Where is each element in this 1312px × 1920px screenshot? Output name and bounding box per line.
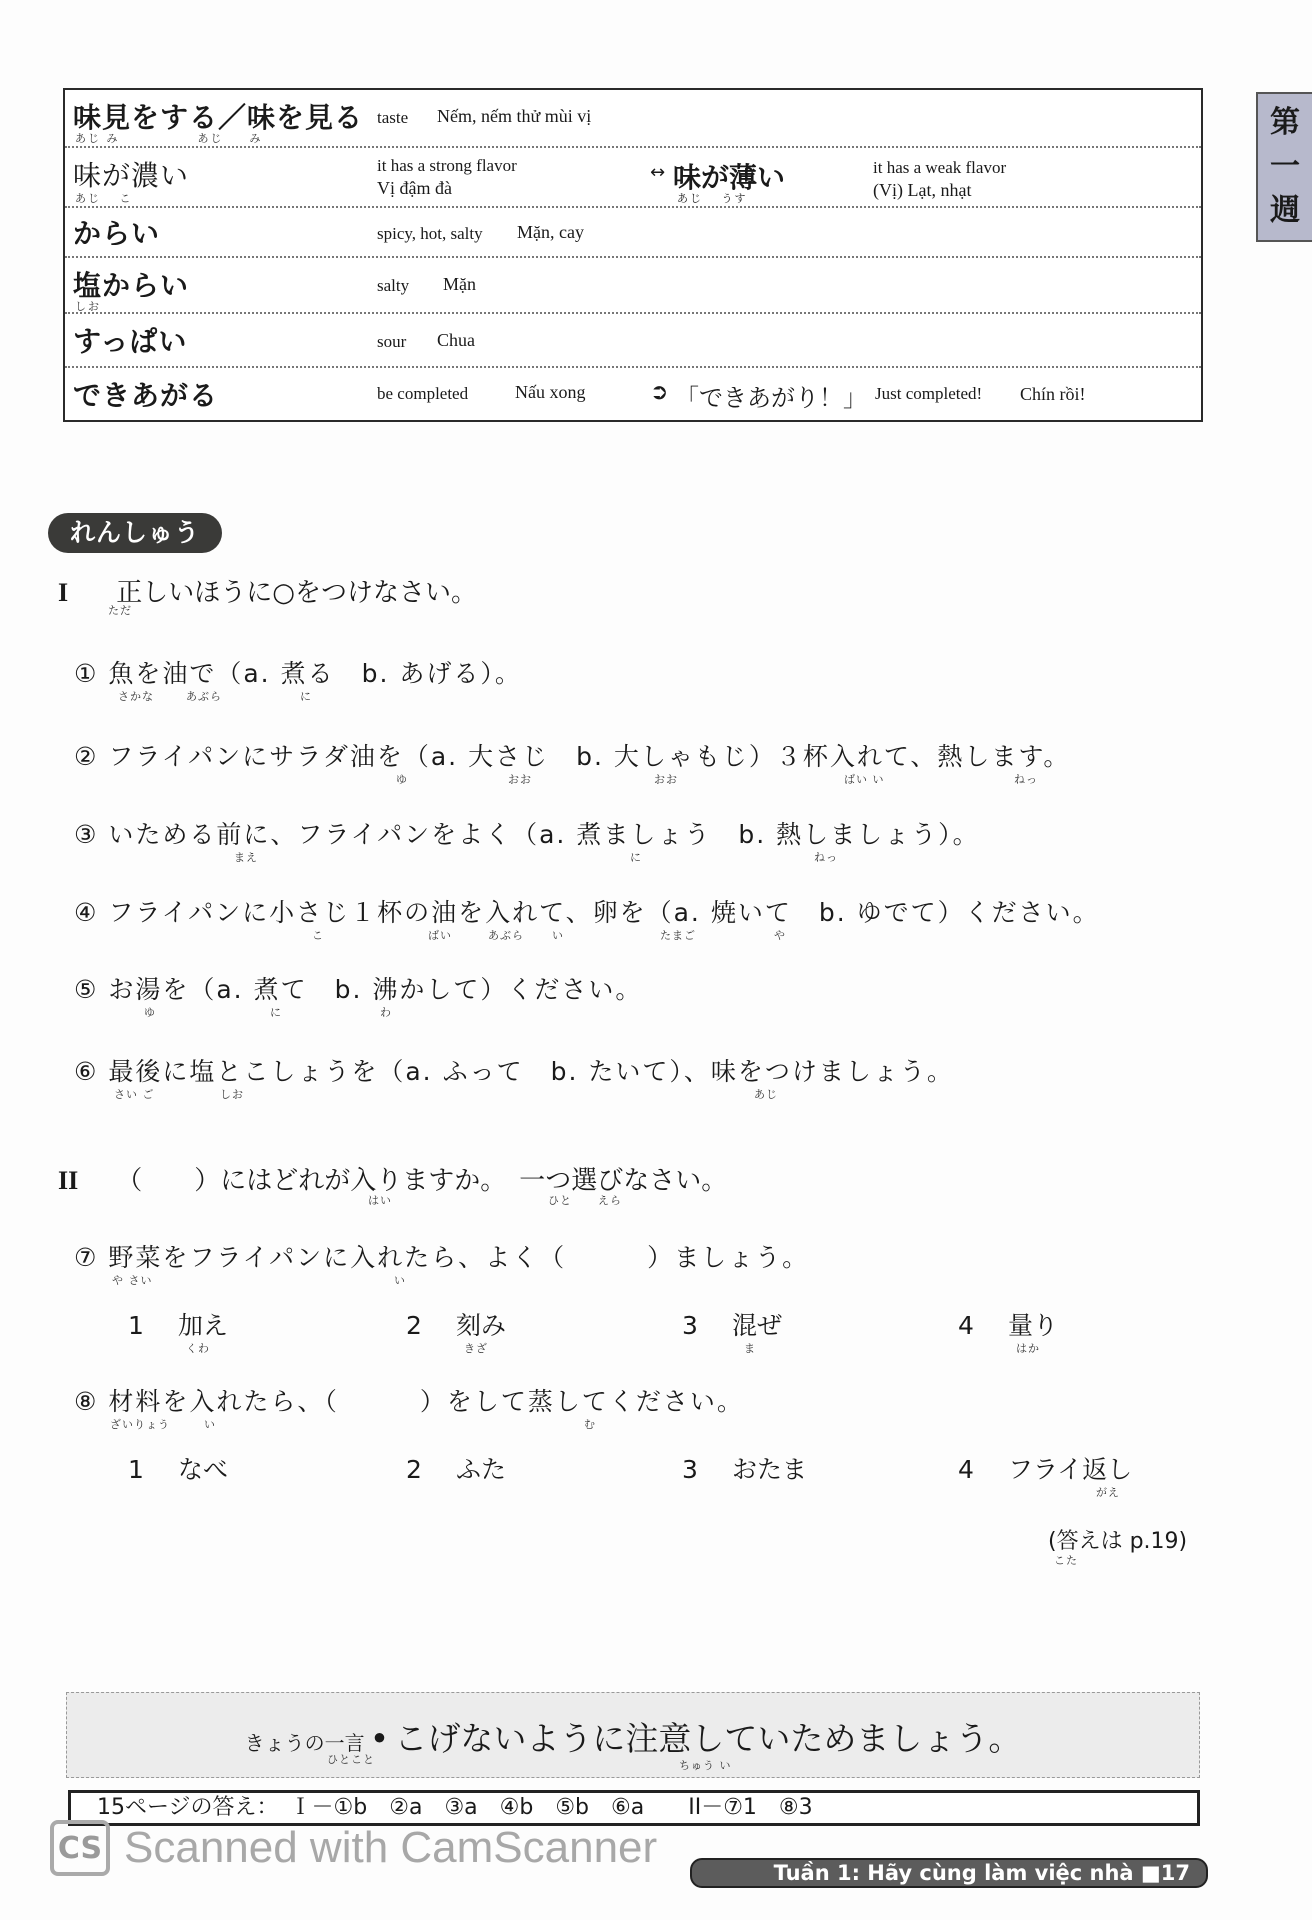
choice-label: おたま bbox=[732, 1455, 807, 1484]
choice-number: 4 bbox=[958, 1455, 1008, 1484]
section-number: I bbox=[58, 578, 108, 608]
choice-option[interactable]: 1加え くわ bbox=[128, 1306, 228, 1342]
choice-label: 混ぜ bbox=[732, 1311, 782, 1340]
question-text: ⑧ 材料を入れたら、（ ）をして蒸してください。 bbox=[74, 1387, 744, 1416]
practice-badge: れんしゅう bbox=[48, 513, 222, 553]
furigana: ゆ bbox=[396, 771, 408, 787]
vocab-row: 味が濃い あじ こ it has a strong flavor Vị đậm … bbox=[65, 148, 1201, 208]
question-text: ② フライパンにサラダ油を（a. 大さじ b. 大しゃもじ）３杯入れて、熱します… bbox=[74, 742, 1070, 771]
furigana: あじ bbox=[754, 1086, 778, 1102]
section-number: II bbox=[58, 1166, 108, 1196]
choice-label: ふた bbox=[456, 1455, 506, 1484]
furigana: に bbox=[270, 1004, 282, 1020]
antonym-furigana: あじ うす bbox=[677, 190, 748, 206]
choice-option[interactable]: 3おたま bbox=[682, 1450, 807, 1486]
furigana: ひとこと bbox=[327, 1751, 375, 1767]
vocab-vietnamese: Nấu xong bbox=[515, 382, 586, 403]
vocab-vietnamese: Mặn bbox=[443, 274, 476, 295]
furigana: に bbox=[630, 849, 642, 865]
furigana: ねっ bbox=[1014, 771, 1038, 787]
footer-chapter: Tuần 1: Hãy cùng làm việc nhà ■17 bbox=[690, 1858, 1208, 1888]
question-text: ③ いためる前に、フライパンをよく（a. 煮ましょう b. 熱しましょう）。 bbox=[74, 820, 980, 849]
question-text: ⑥ 最後に塩とこしょうを（a. ふって b. たいて）、味をつけましょう。 bbox=[74, 1057, 954, 1086]
vocab-english: spicy, hot, salty bbox=[377, 224, 483, 244]
choice-label: 加え bbox=[178, 1311, 228, 1340]
furigana: たまご bbox=[660, 927, 696, 943]
question-8: ⑧ 材料を入れたら、（ ）をして蒸してください。 ざいりょう い む bbox=[74, 1382, 744, 1418]
furigana: い bbox=[394, 1272, 406, 1288]
furigana: ざいりょう bbox=[110, 1416, 170, 1432]
furigana: ま bbox=[744, 1340, 756, 1356]
choice-label: フライ返し bbox=[1008, 1455, 1132, 1484]
furigana: む bbox=[584, 1416, 596, 1432]
furigana: えら bbox=[598, 1192, 622, 1208]
furigana: はい bbox=[368, 1192, 392, 1208]
phrase-of-the-day: きょうの一言 • こげないように注意していためましょう。 ひとこと ちゅう い bbox=[66, 1692, 1200, 1778]
choice-label: 刻み bbox=[456, 1311, 506, 1340]
furigana: おお bbox=[508, 771, 532, 787]
question-2: ② フライパンにサラダ油を（a. 大さじ b. 大しゃもじ）３杯入れて、熱します… bbox=[74, 737, 1070, 773]
week-tab: 第 一 週 bbox=[1256, 92, 1312, 242]
question-text: ① 魚を油で（a. 煮る b. あげる）。 bbox=[74, 659, 522, 688]
answer-reference-text: (答えは p.19) bbox=[1048, 1529, 1187, 1554]
furigana: きざ bbox=[464, 1340, 488, 1356]
vocab-row: からい spicy, hot, salty Mặn, cay bbox=[65, 208, 1201, 258]
furigana: や bbox=[774, 927, 786, 943]
section-1-heading: I 正しいほうに○をつけなさい。 ただ bbox=[58, 572, 477, 609]
answer-reference: (答えは p.19) こた bbox=[1048, 1524, 1187, 1555]
watermark-text: Scanned with CamScanner bbox=[124, 1823, 657, 1873]
vocab-vietnamese: Mặn, cay bbox=[517, 222, 584, 243]
choice-option[interactable]: 2刻み きざ bbox=[406, 1306, 506, 1342]
antonym-arrow-icon: ↔ bbox=[650, 162, 665, 183]
furigana: ちゅう い bbox=[679, 1757, 732, 1773]
section-instruction: 正しいほうに○をつけなさい。 bbox=[116, 578, 477, 608]
vocab-row: 塩からい しお salty Mặn bbox=[65, 258, 1201, 314]
vocab-english: be completed bbox=[377, 384, 468, 404]
question-5: ⑤ お湯を（a. 煮て b. 沸かして）ください。 ゆ に わ bbox=[74, 970, 642, 1006]
furigana: こ bbox=[312, 927, 324, 943]
choice-number: 3 bbox=[682, 1455, 732, 1484]
choice-label: 量り bbox=[1008, 1311, 1058, 1340]
choice-option[interactable]: 3混ぜ ま bbox=[682, 1306, 782, 1342]
vocab-english: taste bbox=[377, 108, 408, 128]
choice-option[interactable]: 2ふた bbox=[406, 1450, 506, 1486]
vocab-row: 味見をする／味を見る あじ み あじ み taste Nếm, nếm thử … bbox=[65, 90, 1201, 148]
furigana: に bbox=[300, 688, 312, 704]
camscanner-logo-icon: CS bbox=[50, 1820, 110, 1876]
vocab-vietnamese: Nếm, nếm thử mùi vị bbox=[437, 106, 591, 127]
furigana: ねっ bbox=[814, 849, 838, 865]
furigana: おお bbox=[654, 771, 678, 787]
phrase-text: こげないように注意していためましょう。 bbox=[394, 1719, 1021, 1758]
furigana: がえ bbox=[1096, 1484, 1120, 1500]
choice-number: 2 bbox=[406, 1311, 456, 1340]
vocab-word: 味が濃い bbox=[73, 154, 189, 194]
vocab-word: できあがる bbox=[73, 374, 218, 414]
vocab-furigana: あじ こ bbox=[75, 190, 133, 206]
reference-word: 「できあがり！」 bbox=[675, 378, 867, 413]
question-7: ⑦ 野菜をフライパンに入れたら、よく（ ）ましょう。 や さい い bbox=[74, 1238, 809, 1274]
furigana: ひと bbox=[548, 1192, 572, 1208]
vocab-english: it has a strong flavor bbox=[377, 156, 517, 176]
choice-option[interactable]: 4量り はか bbox=[958, 1306, 1058, 1342]
choice-option[interactable]: 4フライ返し がえ bbox=[958, 1450, 1132, 1486]
vocab-word: すっぱい bbox=[73, 320, 187, 360]
furigana: しお bbox=[220, 1086, 244, 1102]
question-text: ⑦ 野菜をフライパンに入れたら、よく（ ）ましょう。 bbox=[74, 1243, 809, 1272]
choice-number: 4 bbox=[958, 1311, 1008, 1340]
furigana: ばい い bbox=[844, 771, 885, 787]
furigana: はか bbox=[1016, 1340, 1040, 1356]
choice-option[interactable]: 1なべ bbox=[128, 1450, 228, 1486]
vocab-furigana: しお bbox=[75, 298, 101, 314]
vocab-vietnamese: Vị đậm đà bbox=[377, 178, 452, 199]
antonym-english: it has a weak flavor bbox=[873, 158, 1006, 178]
furigana: あぶら bbox=[186, 688, 222, 704]
vocab-vietnamese: Chua bbox=[437, 330, 475, 351]
vocab-row: できあがる be completed Nấu xong ➲ 「できあがり！」 J… bbox=[65, 368, 1201, 420]
vocab-table: 味見をする／味を見る あじ み あじ み taste Nếm, nếm thử … bbox=[63, 88, 1203, 422]
question-4: ④ フライパンに小さじ１杯の油を入れて、卵を（a. 焼いて b. ゆでて）くださ… bbox=[74, 893, 1100, 929]
week-tab-char: 一 bbox=[1270, 145, 1300, 189]
furigana: ただ bbox=[108, 602, 132, 618]
question-1: ① 魚を油で（a. 煮る b. あげる）。 さかな あぶら に bbox=[74, 654, 522, 690]
reference-english: Just completed! bbox=[875, 384, 982, 404]
furigana: こた bbox=[1054, 1552, 1078, 1568]
vocab-english: sour bbox=[377, 332, 406, 352]
question-text: ④ フライパンに小さじ１杯の油を入れて、卵を（a. 焼いて b. ゆでて）くださ… bbox=[74, 898, 1100, 927]
furigana: さい ご bbox=[114, 1086, 155, 1102]
vocab-row: すっぱい sour Chua bbox=[65, 314, 1201, 368]
reference-vietnamese: Chín rồi! bbox=[1020, 384, 1086, 405]
furigana: わ bbox=[380, 1004, 392, 1020]
vocab-english: salty bbox=[377, 276, 409, 296]
question-3: ③ いためる前に、フライパンをよく（a. 煮ましょう b. 熱しましょう）。 ま… bbox=[74, 815, 980, 851]
section-instruction: （ ）にはどれが入りますか。 一つ選びなさい。 bbox=[116, 1166, 727, 1196]
question-6: ⑥ 最後に塩とこしょうを（a. ふって b. たいて）、味をつけましょう。 さい… bbox=[74, 1052, 954, 1088]
week-tab-char: 第 bbox=[1270, 101, 1300, 145]
vocab-furigana: あじ み あじ み bbox=[75, 130, 263, 146]
choice-number: 1 bbox=[128, 1311, 178, 1340]
furigana: ばい bbox=[428, 927, 452, 943]
page-number: ■17 bbox=[1141, 1861, 1190, 1885]
camscanner-watermark: CS Scanned with CamScanner bbox=[50, 1820, 657, 1876]
choice-number: 2 bbox=[406, 1455, 456, 1484]
question-text: ⑤ お湯を（a. 煮て b. 沸かして）ください。 bbox=[74, 975, 642, 1004]
choice-label: なべ bbox=[178, 1455, 228, 1484]
furigana: い bbox=[204, 1416, 216, 1432]
furigana: まえ bbox=[234, 849, 258, 865]
week-tab-char: 週 bbox=[1270, 189, 1300, 233]
choice-number: 1 bbox=[128, 1455, 178, 1484]
furigana: い bbox=[552, 927, 564, 943]
vocab-word: からい bbox=[73, 212, 160, 252]
furigana: さかな bbox=[118, 688, 154, 704]
furigana: ゆ bbox=[144, 1004, 156, 1020]
antonym-vietnamese: (Vị) Lạt, nhạt bbox=[873, 180, 971, 201]
reference-arrow-icon: ➲ bbox=[650, 380, 668, 405]
furigana: あぶら bbox=[488, 927, 524, 943]
chapter-title: Tuần 1: Hãy cùng làm việc nhà bbox=[774, 1861, 1134, 1885]
furigana: や さい bbox=[112, 1272, 153, 1288]
choice-number: 3 bbox=[682, 1311, 732, 1340]
section-2-heading: II （ ）にはどれが入りますか。 一つ選びなさい。 はい ひと えら bbox=[58, 1160, 727, 1197]
furigana: くわ bbox=[186, 1340, 210, 1356]
